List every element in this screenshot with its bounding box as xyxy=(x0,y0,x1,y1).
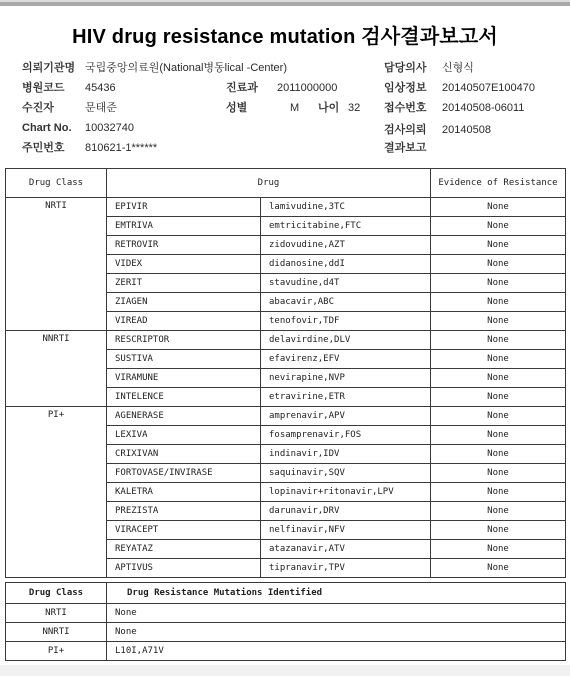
evidence-cell: None xyxy=(431,350,566,369)
age-value: 32 xyxy=(348,102,360,115)
evidence-cell: None xyxy=(431,369,566,388)
drug-generic-cell: etravirine,ETR xyxy=(261,388,431,407)
drug-brand-cell: INTELENCE xyxy=(107,388,261,407)
drug-generic-cell: efavirenz,EFV xyxy=(261,350,431,369)
evidence-cell: None xyxy=(431,198,566,217)
drug-generic-cell: nevirapine,NVP xyxy=(261,369,431,388)
drug-brand-cell: AGENERASE xyxy=(107,407,261,426)
patient-name-value: 문태준 xyxy=(85,102,117,115)
report-date-label: 결과보고 xyxy=(384,142,427,155)
drug-brand-cell: SUSTIVA xyxy=(107,350,261,369)
drug-brand-cell: APTIVUS xyxy=(107,559,261,578)
request-date-label: 검사의뢰 xyxy=(384,124,427,137)
drug-brand-cell: RESCRIPTOR xyxy=(107,331,261,350)
drug-class-cell: PI+ xyxy=(6,407,107,578)
chart-no-value: 10032740 xyxy=(85,122,134,135)
evidence-cell: None xyxy=(431,312,566,331)
drug-generic-cell: amprenavir,APV xyxy=(261,407,431,426)
mutation-drug-class-column-header: Drug Class xyxy=(6,583,107,604)
clinical-info-label: 임상정보 xyxy=(384,82,427,95)
evidence-cell: None xyxy=(431,407,566,426)
evidence-cell: None xyxy=(431,483,566,502)
drug-generic-cell: lopinavir+ritonavir,LPV xyxy=(261,483,431,502)
evidence-cell: None xyxy=(431,331,566,350)
drug-brand-cell: FORTOVASE/INVIRASE xyxy=(107,464,261,483)
hospital-code-label: 병원코드 xyxy=(22,82,65,95)
drug-brand-cell: VIRACEPT xyxy=(107,521,261,540)
report-page: HIV drug resistance mutation 검사결과보고서 의뢰기… xyxy=(0,0,570,676)
drug-class-cell: NNRTI xyxy=(6,331,107,407)
evidence-cell: None xyxy=(431,388,566,407)
evidence-cell: None xyxy=(431,236,566,255)
drug-brand-cell: PREZISTA xyxy=(107,502,261,521)
mutation-row: NRTINone xyxy=(6,604,566,623)
sex-label: 성별 xyxy=(226,102,247,115)
resident-id-value: 810621-1****** xyxy=(85,142,157,155)
mutations-cell: None xyxy=(107,604,566,623)
requesting-org-label: 의뢰기관명 xyxy=(22,62,75,75)
drug-generic-cell: zidovudine,AZT xyxy=(261,236,431,255)
mutation-drug-class-cell: NRTI xyxy=(6,604,107,623)
drug-table-body: NRTIEPIVIRlamivudine,3TCNoneEMTRIVAemtri… xyxy=(6,198,566,578)
accession-no-label: 접수번호 xyxy=(384,102,427,115)
drug-class-cell: NRTI xyxy=(6,198,107,331)
window-top-bar xyxy=(0,0,570,6)
mutation-drug-class-cell: NNRTI xyxy=(6,623,107,642)
footer-area xyxy=(0,665,570,676)
mutation-row: NNRTINone xyxy=(6,623,566,642)
drug-generic-cell: indinavir,IDV xyxy=(261,445,431,464)
mutation-table-header-row: Drug Class Drug Resistance Mutations Ide… xyxy=(6,583,566,604)
drug-table-header-row: Drug Class Drug Evidence of Resistance xyxy=(6,169,566,198)
drug-row: NRTIEPIVIRlamivudine,3TCNone xyxy=(6,198,566,217)
drug-brand-cell: ZERIT xyxy=(107,274,261,293)
drug-brand-cell: EMTRIVA xyxy=(107,217,261,236)
evidence-cell: None xyxy=(431,464,566,483)
drug-generic-cell: emtricitabine,FTC xyxy=(261,217,431,236)
hospital-code-value: 45436 xyxy=(85,82,116,95)
drug-generic-cell: darunavir,DRV xyxy=(261,502,431,521)
report-title: HIV drug resistance mutation 검사결과보고서 xyxy=(0,20,570,49)
drug-brand-cell: VIREAD xyxy=(107,312,261,331)
age-label: 나이 xyxy=(318,102,339,115)
drug-brand-cell: RETROVIR xyxy=(107,236,261,255)
drug-resistance-table: Drug Class Drug Evidence of Resistance N… xyxy=(5,168,566,578)
evidence-cell: None xyxy=(431,540,566,559)
evidence-cell: None xyxy=(431,502,566,521)
patient-name-label: 수진자 xyxy=(22,102,54,115)
department-value: 2011000000 xyxy=(277,82,337,95)
evidence-cell: None xyxy=(431,293,566,312)
drug-brand-cell: EPIVIR xyxy=(107,198,261,217)
mutation-table-body: NRTINoneNNRTINonePI+L10I,A71V xyxy=(6,604,566,661)
requesting-org-value: 국립중앙의료원(National병동lical -Center) xyxy=(85,62,287,75)
evidence-cell: None xyxy=(431,521,566,540)
mutations-cell: L10I,A71V xyxy=(107,642,566,661)
drug-generic-cell: abacavir,ABC xyxy=(261,293,431,312)
mutations-column-header: Drug Resistance Mutations Identified xyxy=(107,583,566,604)
drug-generic-cell: nelfinavir,NFV xyxy=(261,521,431,540)
drug-class-column-header: Drug Class xyxy=(6,169,107,198)
drug-brand-cell: KALETRA xyxy=(107,483,261,502)
evidence-cell: None xyxy=(431,559,566,578)
drug-brand-cell: LEXIVA xyxy=(107,426,261,445)
drug-brand-cell: CRIXIVAN xyxy=(107,445,261,464)
resident-id-label: 주민번호 xyxy=(22,142,65,155)
department-label: 진료과 xyxy=(226,82,258,95)
drug-generic-cell: tipranavir,TPV xyxy=(261,559,431,578)
evidence-cell: None xyxy=(431,255,566,274)
drug-generic-cell: fosamprenavir,FOS xyxy=(261,426,431,445)
drug-generic-cell: atazanavir,ATV xyxy=(261,540,431,559)
drug-brand-cell: VIRAMUNE xyxy=(107,369,261,388)
drug-generic-cell: saquinavir,SQV xyxy=(261,464,431,483)
accession-no-value: 20140508-06011 xyxy=(442,102,524,115)
attending-doctor-label: 담당의사 xyxy=(384,62,427,75)
drug-generic-cell: tenofovir,TDF xyxy=(261,312,431,331)
evidence-cell: None xyxy=(431,274,566,293)
drug-generic-cell: didanosine,ddI xyxy=(261,255,431,274)
clinical-info-value: 20140507E100470 xyxy=(442,82,535,95)
evidence-cell: None xyxy=(431,426,566,445)
attending-doctor-value: 신형식 xyxy=(442,62,474,75)
drug-column-header: Drug xyxy=(107,169,431,198)
mutation-row: PI+L10I,A71V xyxy=(6,642,566,661)
evidence-cell: None xyxy=(431,445,566,464)
evidence-column-header: Evidence of Resistance xyxy=(431,169,566,198)
sex-value: M xyxy=(290,102,299,115)
drug-brand-cell: REYATAZ xyxy=(107,540,261,559)
drug-generic-cell: lamivudine,3TC xyxy=(261,198,431,217)
chart-no-label: Chart No. xyxy=(22,122,72,135)
mutation-table: Drug Class Drug Resistance Mutations Ide… xyxy=(5,582,566,661)
drug-generic-cell: delavirdine,DLV xyxy=(261,331,431,350)
mutation-drug-class-cell: PI+ xyxy=(6,642,107,661)
drug-row: NNRTIRESCRIPTORdelavirdine,DLVNone xyxy=(6,331,566,350)
mutations-cell: None xyxy=(107,623,566,642)
evidence-cell: None xyxy=(431,217,566,236)
drug-brand-cell: VIDEX xyxy=(107,255,261,274)
request-date-value: 20140508 xyxy=(442,124,491,137)
drug-row: PI+AGENERASEamprenavir,APVNone xyxy=(6,407,566,426)
drug-brand-cell: ZIAGEN xyxy=(107,293,261,312)
drug-generic-cell: stavudine,d4T xyxy=(261,274,431,293)
